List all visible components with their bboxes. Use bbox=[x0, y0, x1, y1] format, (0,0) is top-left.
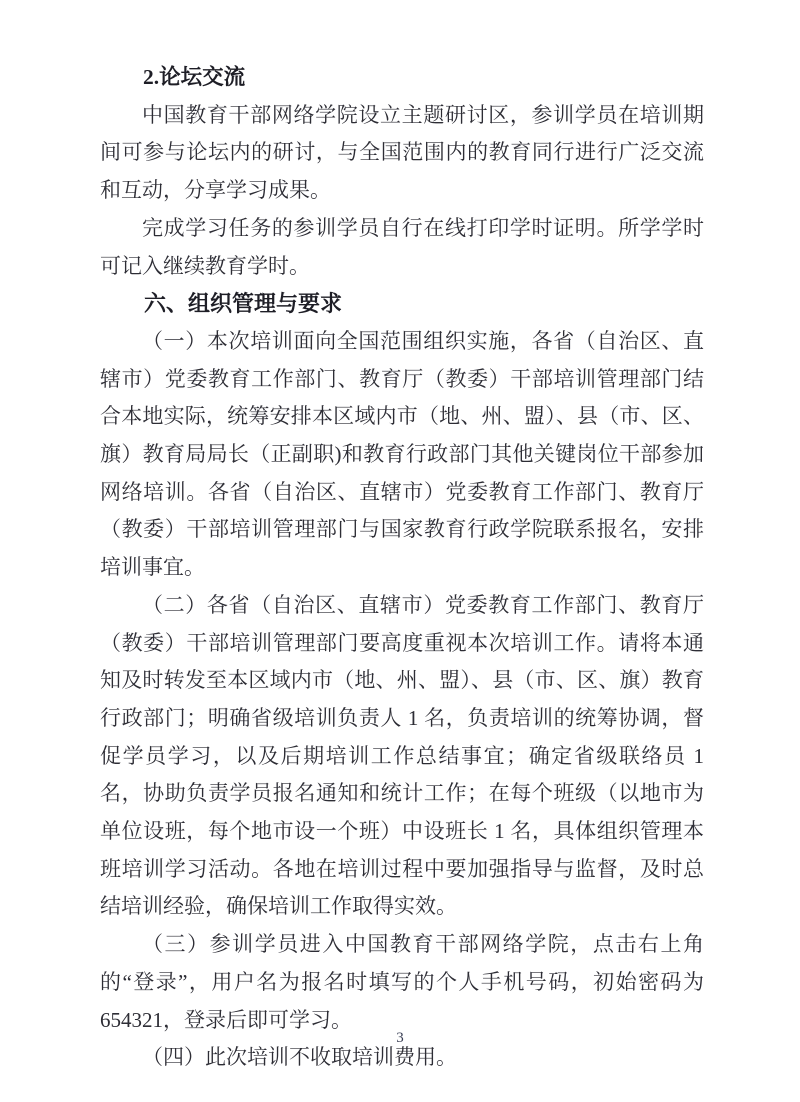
paragraph-item-one-scope: （一）本次培训面向全国范围组织实施，各省（自治区、直辖市）党委教育工作部门、教育… bbox=[100, 323, 704, 587]
paragraph-forum-description: 中国教育干部网络学院设立主题研讨区，参训学员在培训期间可参与论坛内的研讨，与全国… bbox=[100, 97, 704, 210]
paragraph-item-three-login: （三）参训学员进入中国教育干部网络学院，点击右上角的“登录”，用户名为报名时填写… bbox=[100, 926, 704, 1039]
subsection-heading-forum-exchange: 2.论坛交流 bbox=[100, 59, 704, 97]
document-content: 2.论坛交流 中国教育干部网络学院设立主题研讨区，参训学员在培训期间可参与论坛内… bbox=[100, 59, 704, 1077]
paragraph-study-hours-certificate: 完成学习任务的参训学员自行在线打印学时证明。所学学时可记入继续教育学时。 bbox=[100, 210, 704, 285]
page-footer: 3 bbox=[0, 1028, 800, 1048]
section-heading-organization-requirements: 六、组织管理与要求 bbox=[100, 285, 704, 323]
paragraph-item-two-management: （二）各省（自治区、直辖市）党委教育工作部门、教育厅（教委）干部培训管理部门要高… bbox=[100, 587, 704, 926]
document-page: 2.论坛交流 中国教育干部网络学院设立主题研讨区，参训学员在培训期间可参与论坛内… bbox=[0, 0, 800, 1102]
page-number: 3 bbox=[396, 1030, 404, 1046]
